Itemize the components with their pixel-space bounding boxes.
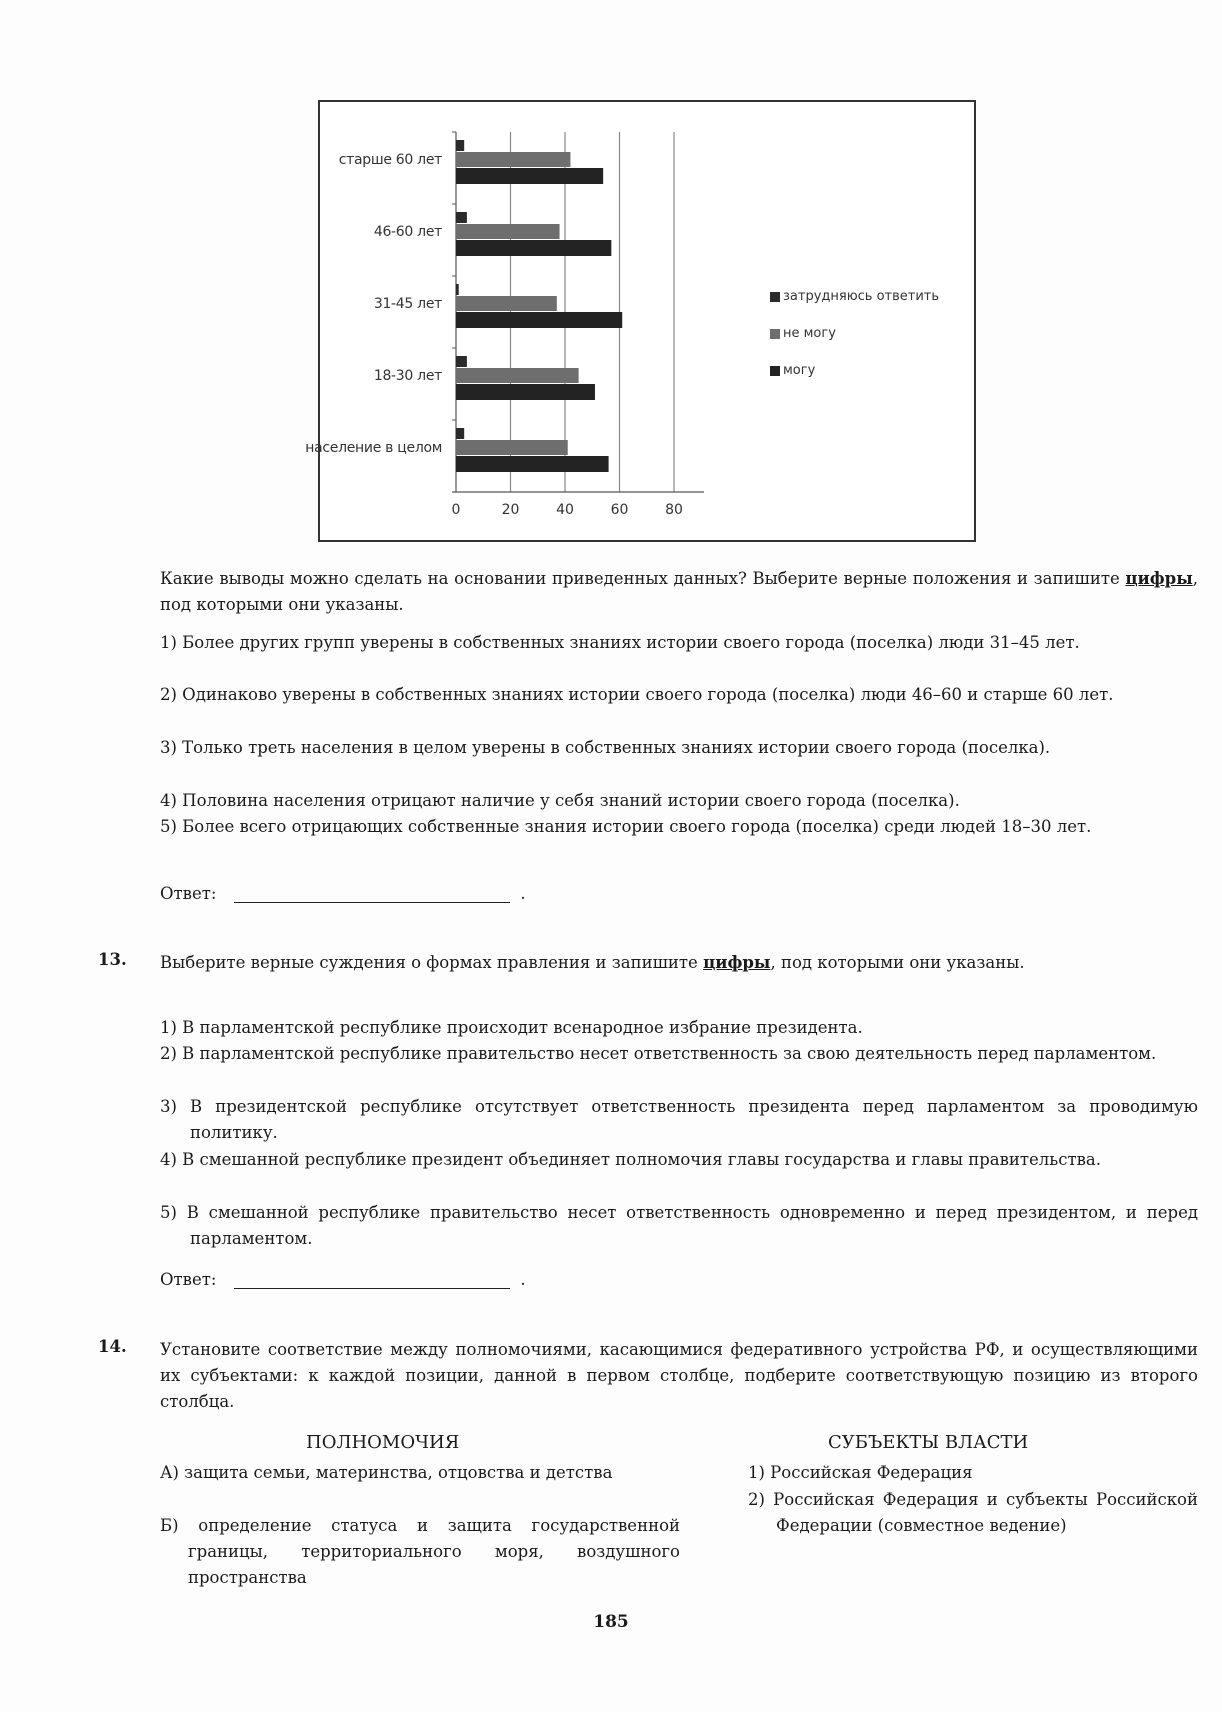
q13-option-4: 4) В смешанной республике президент объе… (160, 1147, 1198, 1173)
legend-label: могу (783, 363, 815, 378)
category-label: 18-30 лет (374, 368, 442, 384)
q14-prompt: Установите соответствие между полномочия… (160, 1337, 1198, 1415)
q14-left-item-b: Б) определение статуса и защита государс… (160, 1513, 680, 1591)
q13-option-5: 5) В смешанной республике правительство … (160, 1200, 1198, 1252)
q13-answer-dot: . (520, 1270, 525, 1289)
q13-number: 13. (98, 950, 127, 969)
bar-chart: старше 60 лет46-60 лет31-45 лет18-30 лет… (318, 100, 976, 542)
q13-prompt-text: Выберите верные суждения о формах правле… (160, 953, 703, 972)
q13-option-2: 2) В парламентской республике правительс… (160, 1041, 1198, 1067)
q14-right-heading: СУБЪЕКТЫ ВЛАСТИ (828, 1432, 1028, 1453)
q12-answer-dot: . (520, 884, 525, 903)
category-label: старше 60 лет (339, 152, 442, 168)
category-label: население в целом (305, 440, 442, 456)
q12-option-3: 3) Только треть населения в целом уверен… (160, 735, 1198, 761)
legend-swatch-icon (770, 292, 780, 302)
q13-option-1: 1) В парламентской республике происходит… (160, 1015, 1198, 1041)
legend-swatch-icon (770, 329, 780, 339)
q12-answer: Ответ: . (160, 884, 526, 903)
legend-label: затрудняюсь ответить (783, 289, 939, 304)
q12-prompt: Какие выводы можно сделать на основании … (160, 566, 1198, 618)
q14-right-item-2: 2) Российская Федерация и субъекты Росси… (748, 1487, 1198, 1539)
q14-left-heading: ПОЛНОМОЧИЯ (306, 1432, 459, 1453)
q12-option-2: 2) Одинаково уверены в собственных знани… (160, 682, 1198, 708)
q12-answer-field[interactable] (234, 884, 510, 903)
q14-left-item-a: А) защита семьи, материнства, отцовства … (160, 1460, 680, 1486)
category-label: 31-45 лет (374, 296, 442, 312)
q13-answer-label: Ответ: (160, 1270, 216, 1289)
x-tick-label: 80 (665, 502, 683, 518)
x-tick-label: 20 (502, 502, 520, 518)
q13-prompt-text-end: , под которыми они указаны. (770, 953, 1024, 972)
q13-prompt: Выберите верные суждения о формах правле… (160, 950, 1198, 976)
q14-right-item-1: 1) Российская Федерация (748, 1460, 1198, 1486)
q12-prompt-text: Какие выводы можно сделать на основании … (160, 569, 1125, 588)
legend-item: затрудняюсь ответить (770, 278, 939, 315)
legend-item: не могу (770, 315, 939, 352)
q13-option-3: 3) В президентской республике отсутствуе… (160, 1094, 1198, 1146)
q12-option-5: 5) Более всего отрицающих собственные зн… (160, 814, 1198, 840)
q12-option-4: 4) Половина населения отрицают наличие у… (160, 788, 1198, 814)
q12-prompt-emphasis: цифры (1125, 569, 1192, 588)
page-number: 185 (0, 1612, 1222, 1632)
q14-number: 14. (98, 1337, 127, 1356)
x-tick-label: 40 (556, 502, 574, 518)
q12-option-1: 1) Более других групп уверены в собствен… (160, 630, 1198, 656)
chart-legend: затрудняюсь ответитьне могумогу (770, 278, 939, 389)
legend-swatch-icon (770, 366, 780, 376)
category-label: 46-60 лет (374, 224, 442, 240)
q12-answer-label: Ответ: (160, 884, 216, 903)
q13-answer-field[interactable] (234, 1270, 510, 1289)
q13-prompt-emphasis: цифры (703, 953, 770, 972)
legend-label: не могу (783, 326, 836, 341)
q13-answer: Ответ: . (160, 1270, 526, 1289)
x-tick-label: 0 (452, 502, 461, 518)
legend-item: могу (770, 352, 939, 389)
x-tick-label: 60 (611, 502, 629, 518)
